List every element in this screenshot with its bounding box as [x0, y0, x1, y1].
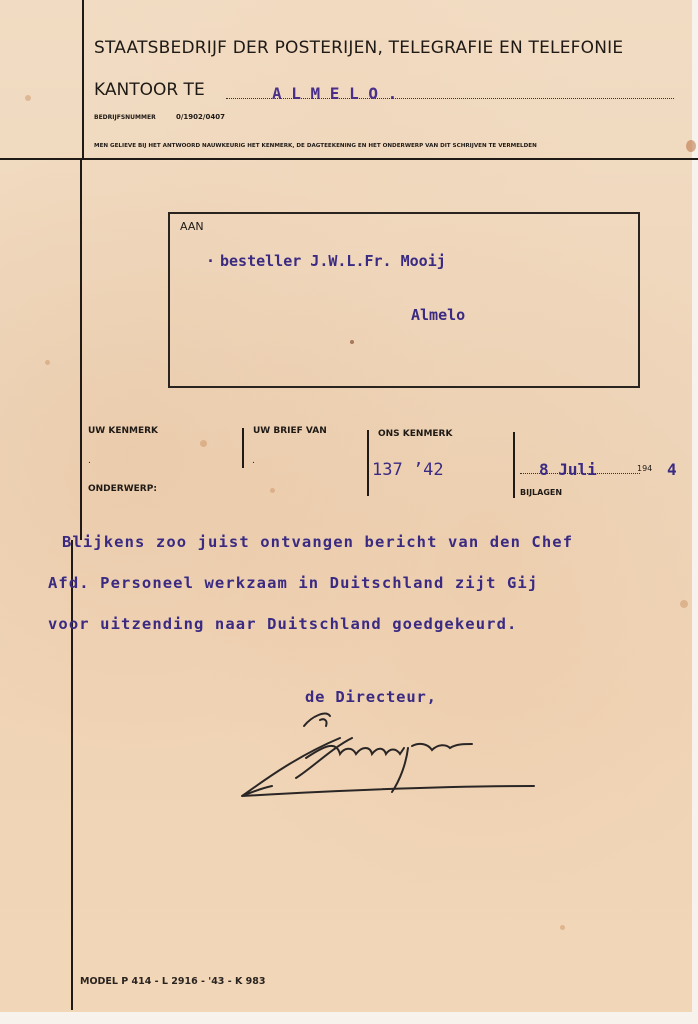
stain: [270, 488, 275, 493]
company-number-label: BEDRIJFSNUMMER: [94, 114, 156, 121]
margin-line-mid: [80, 160, 82, 540]
body-line-3: voor uitzending naar Duitschland goedgek…: [48, 615, 517, 633]
address-box: [168, 212, 640, 388]
date-year-prefix: 194: [637, 464, 652, 473]
our-reference-label: ONS KENMERK: [378, 429, 452, 439]
date-day-month: 8 Juli: [539, 460, 597, 479]
stain: [686, 140, 696, 152]
office-label: KANTOOR TE: [94, 80, 205, 100]
field-divider-1: [242, 428, 244, 468]
recipient-name: besteller J.W.L.Fr. Mooij: [220, 252, 446, 270]
your-reference-label: UW KENMERK: [88, 426, 158, 436]
stain: [680, 600, 688, 608]
stain: [25, 95, 31, 101]
bullet-dot: ·: [206, 252, 215, 270]
header-divider: [0, 158, 698, 160]
stain: [200, 440, 207, 447]
stain: [45, 360, 50, 365]
body-line-2: Afd. Personeel werkzaam in Duitschland z…: [48, 574, 538, 592]
organization-name: STAATSBEDRIJF DER POSTERIJEN, TELEGRAFIE…: [94, 38, 623, 58]
field-divider-3: [513, 432, 515, 498]
date-year-suffix: 4: [667, 460, 677, 479]
margin-line-bottom: [71, 540, 73, 1010]
letter-paper: STAATSBEDRIJF DER POSTERIJEN, TELEGRAFIE…: [0, 0, 692, 1012]
closing-title: de Directeur,: [305, 688, 437, 706]
your-letter-value: .: [252, 456, 255, 466]
office-value: A L M E L O .: [272, 84, 397, 103]
attachments-label: BIJLAGEN: [520, 488, 562, 497]
company-number-value: 0/1902/0407: [176, 113, 225, 121]
director-signature: [232, 708, 542, 808]
stain: [560, 925, 565, 930]
field-divider-2: [367, 430, 369, 496]
address-label: AAN: [180, 220, 204, 233]
our-reference-value: 137 ’42: [372, 460, 444, 480]
margin-line-top: [82, 0, 84, 160]
recipient-city: Almelo: [411, 306, 465, 324]
subject-label: ONDERWERP:: [88, 484, 157, 494]
your-letter-label: UW BRIEF VAN: [253, 426, 327, 436]
your-reference-value: .: [88, 456, 91, 466]
body-line-1: Blijkens zoo juist ontvangen bericht van…: [62, 533, 573, 551]
reply-instruction: MEN GELIEVE BIJ HET ANTWOORD NAUWKEURIG …: [94, 143, 537, 149]
model-number: MODEL P 414 - L 2916 - '43 - K 983: [80, 976, 265, 987]
